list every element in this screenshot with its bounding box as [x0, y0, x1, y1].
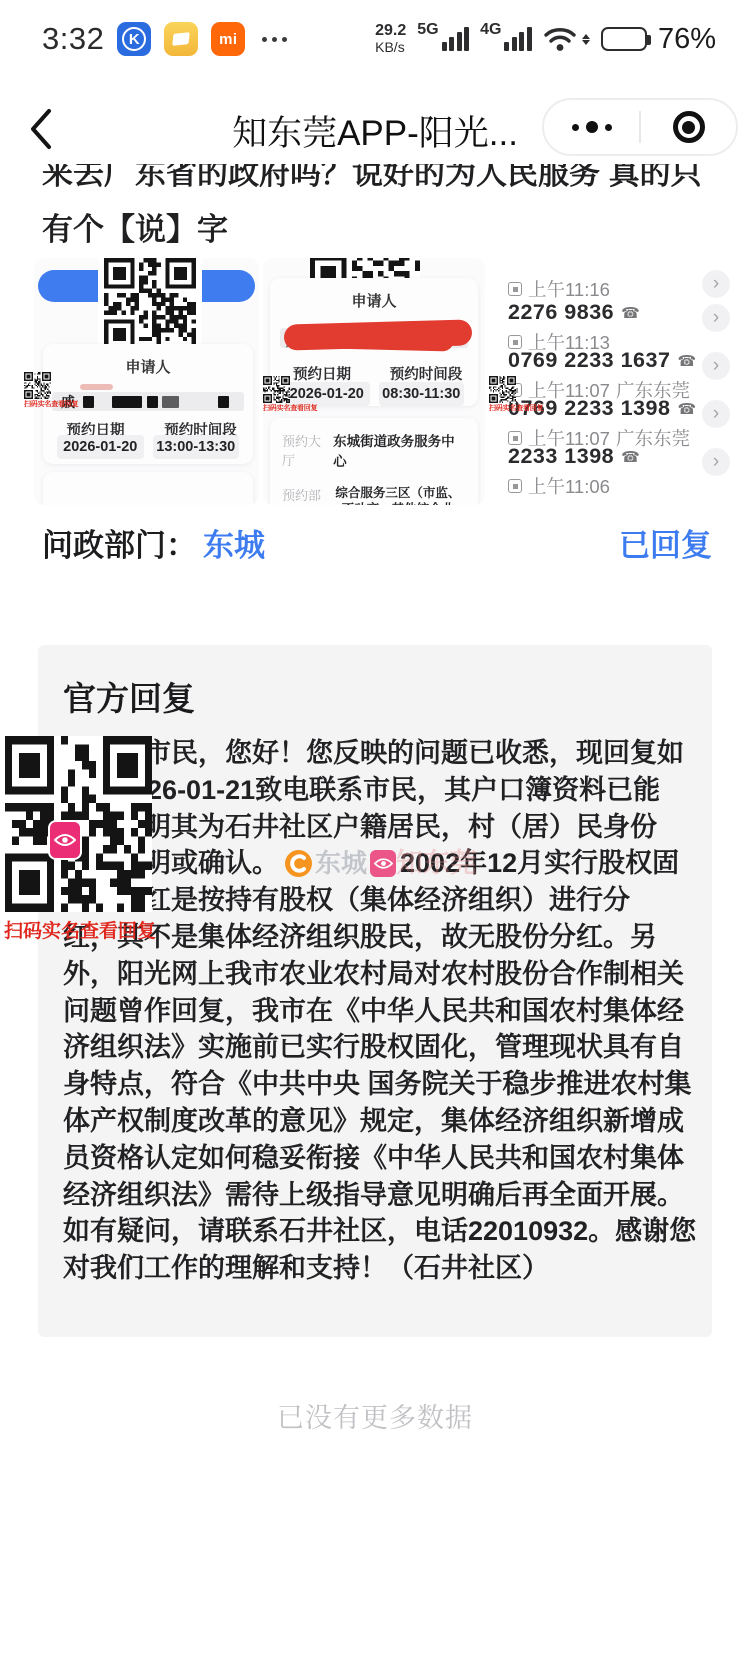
wifi-icon: [543, 26, 577, 52]
call-row: 上午11:16: [508, 272, 692, 302]
app-screen: 3:32 K mi 29.2 KB/s 5G 4G: [0, 0, 750, 1666]
hall-label: 预约大厅: [282, 431, 333, 469]
miniprogram-close-button[interactable]: [641, 100, 736, 154]
signal-5g-icon: 5G: [417, 27, 469, 51]
record-icon: [508, 282, 522, 296]
note-app-icon: [164, 22, 198, 56]
page-title: 知东莞APP-阳光...: [175, 106, 575, 156]
department-row: 问政部门：东城 已回复: [42, 524, 712, 568]
eye-watermark-icon: [370, 850, 396, 877]
booking-location-card: 预约大厅 东城街道政务服务中心 预约部门 综合服务三区（市监、不动产、其他综合业…: [270, 418, 478, 505]
keep-app-icon: K: [117, 22, 151, 56]
call-icon: ☎: [677, 400, 696, 418]
dept-value: 综合服务三区（市监、不动产、其他综合业务、市政公用服务等）: [330, 485, 466, 505]
eye-logo-icon: [48, 820, 82, 860]
dept-label: 预约部门: [282, 485, 330, 505]
replied-status-badge: 已回复: [619, 524, 712, 568]
red-scribble-redaction: [328, 325, 455, 351]
hall-value: 东城街道政务服务中心: [333, 430, 466, 470]
department-link[interactable]: 东城: [203, 528, 265, 563]
target-circle-icon: [673, 111, 705, 143]
data-activity-icon: [582, 34, 590, 45]
no-more-data-text: 已没有更多数据: [0, 1396, 750, 1435]
chevron-right-icon: ›: [702, 270, 730, 298]
battery-icon: [601, 27, 647, 51]
record-icon: [508, 431, 522, 445]
battery-percent: 76%: [658, 23, 716, 56]
miniprogram-capsule: [542, 98, 738, 156]
call-row: 2233 1398☎ 上午11:06: [508, 444, 692, 499]
chevron-right-icon: ›: [702, 304, 730, 332]
redaction-mark: [80, 384, 113, 390]
call-icon: ☎: [621, 304, 640, 322]
chevron-right-icon: ›: [702, 400, 730, 428]
back-chevron-icon: [28, 106, 54, 152]
record-icon: [508, 479, 522, 493]
booking-slot: 13:00-13:30: [153, 435, 240, 459]
attachments-row: 申请人 戚 预约日期 预约时间段 2026-01-20 13:00-13:30: [0, 258, 750, 505]
more-notifications-icon: [262, 37, 287, 42]
official-reply-title: 官方回复: [63, 673, 195, 720]
call-icon: ☎: [677, 352, 696, 370]
photo-qr-watermark: 扫码实名查看回复: [489, 376, 547, 413]
department-label: 问政部门：: [42, 528, 197, 563]
signal-4g-icon: 4G: [480, 27, 532, 51]
mi-app-icon: mi: [211, 22, 245, 56]
menu-dots-icon: [572, 121, 612, 133]
miniprogram-menu-button[interactable]: [544, 100, 639, 154]
booking-qr-code: [98, 258, 202, 356]
network-speed: 29.2 KB/s: [375, 23, 406, 55]
call-row: 2276 9836☎ 上午11:13: [508, 300, 692, 355]
call-icon: ☎: [621, 448, 640, 466]
status-bar: 3:32 K mi 29.2 KB/s 5G 4G: [42, 16, 716, 62]
record-icon: [508, 335, 522, 349]
top-bar: 3:32 K mi 29.2 KB/s 5G 4G: [0, 0, 750, 164]
dongcheng-logo-watermark-icon: [285, 850, 312, 877]
photo-qr-watermark: 扫码实名查看回复: [263, 376, 321, 413]
back-button[interactable]: [28, 104, 68, 154]
slot-label: 预约时间段: [374, 363, 478, 384]
watermark-brand-text: 东城: [315, 845, 367, 882]
booking-slot: 08:30-11:30: [379, 382, 465, 406]
chevron-right-icon: ›: [702, 448, 730, 476]
applicant-label: 申请人: [270, 278, 478, 311]
booking-card-partial: [43, 472, 253, 505]
nav-bar: 知东莞APP-阳光...: [0, 96, 750, 164]
clock: 3:32: [42, 21, 104, 57]
photo-qr-watermark: 扫码实名查看回复: [24, 372, 82, 409]
booking-date: 2026-01-20: [57, 435, 144, 459]
official-reply-body: 尊敬的市民，您好！您反映的问题已收悉，现回复如 下：2026-01-21致电联系…: [63, 735, 691, 1287]
scan-qr-caption: 扫码实名查看回复: [4, 916, 160, 943]
realname-qr-code: [5, 736, 152, 912]
chevron-right-icon: ›: [702, 352, 730, 380]
